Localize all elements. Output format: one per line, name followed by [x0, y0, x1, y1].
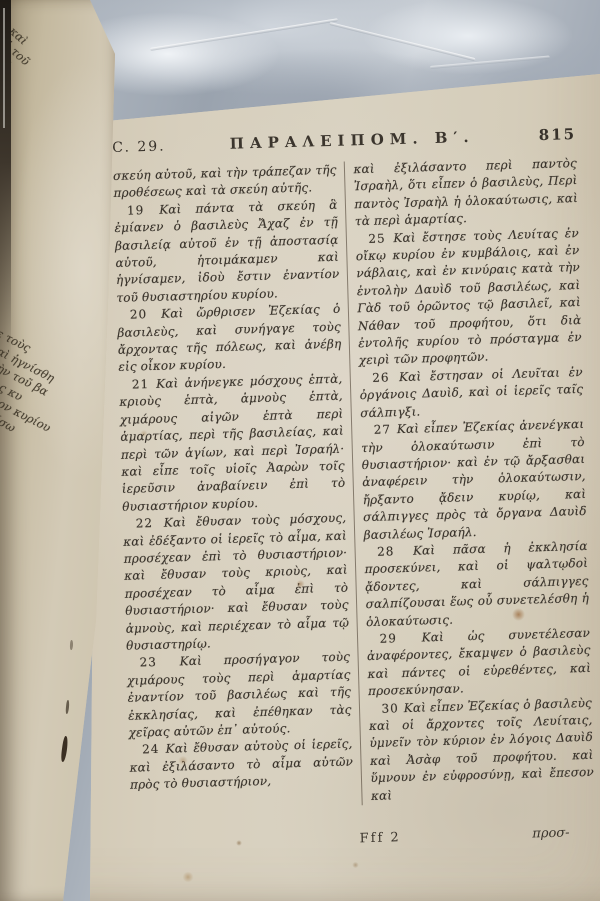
- verse-paragraph: 20 Καὶ ὤρθρισεν Ἐζεκίας ὁ βασιλεὺς, καὶ …: [117, 301, 342, 377]
- verse-paragraph: 23 Καὶ προσήγαγον τοὺς χιμάρους τοὺς περ…: [126, 649, 352, 742]
- paper-crease: [430, 56, 550, 69]
- book-spine-edge: [0, 0, 11, 360]
- verse-paragraph: 30 Καὶ εἶπεν Ἐζεκίας ὁ βασιλεὺς καὶ οἱ ἄ…: [368, 694, 594, 805]
- verse-paragraph: 27 Καὶ εἶπεν Ἐζεκίας ἀνενέγκαι τὴν ὁλοκα…: [361, 416, 588, 544]
- verse-paragraph: καὶ ἐξιλάσαντο περὶ παντὸς Ἰσραὴλ, ὅτι ε…: [353, 155, 578, 231]
- verse-paragraph: 22 Καὶ ἔθυσαν τοὺς μόσχους, καὶ ἐδέξαντο…: [123, 510, 350, 655]
- paper-crease: [329, 22, 475, 61]
- verse-number: 29: [379, 631, 421, 646]
- verse-paragraph: 19 Καὶ πάντα τὰ σκεύη ἃ ἐμίανεν ὁ βασιλε…: [114, 197, 340, 308]
- verse-paragraph: 28 Καὶ πᾶσα ἡ ἐκκλησία προσεκύνει, καὶ ο…: [364, 538, 590, 631]
- verse-paragraph: 25 Καὶ ἔστησε τοὺς Λευίτας ἐν οἴκῳ κυρίο…: [355, 225, 582, 370]
- verse-number: 25: [368, 231, 393, 246]
- paper-crease: [150, 18, 338, 51]
- verse-paragraph: 24 Καὶ ἔθυσαν αὐτοὺς οἱ ἱερεῖς, καὶ ἐξιλ…: [129, 736, 354, 794]
- verse-number: 30: [381, 701, 404, 716]
- previous-leaf-text-top: Ο Μ. Κ′υἱῶν Καὰθ, καὶΜεραρὶ, Κὶς ὁ τοῦἈζ…: [0, 0, 118, 251]
- verse-number: 23: [139, 655, 179, 670]
- right-column: καὶ ἐξιλάσαντο περὶ παντὸς Ἰσραὴλ, ὅτι ε…: [343, 155, 594, 805]
- page-header: C. 29. ΠΑΡΑΛΕΙΠΟΜ. Β′. 815: [112, 125, 576, 156]
- printed-text-block: C. 29. ΠΑΡΑΛΕΙΠΟΜ. Β′. 815 σκεύη αὐτοῦ, …: [112, 125, 595, 812]
- verse-number: 26: [372, 370, 399, 385]
- verse-paragraph: 21 Καὶ ἀνήνεγκε μόσχους ἑπτὰ, κριοὺς ἑπτ…: [119, 371, 346, 516]
- verse-number: 27: [374, 422, 398, 437]
- page-number: 815: [539, 125, 577, 144]
- page-footer: Fff 2 προσ-: [132, 825, 596, 838]
- left-column: σκεύη αὐτοῦ, καὶ τὴν τράπεζαν τῆς προθέσ…: [113, 162, 361, 812]
- running-title: ΠΑΡΑΛΕΙΠΟΜ. Β′.: [165, 126, 539, 154]
- verse-number: 20: [130, 307, 162, 322]
- catchword: προσ-: [532, 825, 570, 841]
- verse-paragraph: σκεύη αὐτοῦ, καὶ τὴν τράπεζαν τῆς προθέσ…: [113, 162, 337, 203]
- verse-number: 24: [142, 742, 166, 757]
- text-columns: σκεύη αὐτοῦ, καὶ τὴν τράπεζαν τῆς προθέσ…: [113, 155, 595, 812]
- verse-number: 22: [136, 516, 164, 531]
- chapter-label: C. 29.: [112, 139, 166, 156]
- verse-paragraph: 26 Καὶ ἔστησαν οἱ Λευῖται ἐν ὀργάνοις Δα…: [359, 364, 584, 422]
- signature-mark: Fff 2: [359, 830, 400, 846]
- verse-number: 19: [127, 203, 160, 218]
- verse-paragraph: 29 Καὶ ὡς συνετέλεσαν ἀναφέροντες, ἔκαμψ…: [366, 625, 591, 701]
- verse-number: 28: [377, 544, 413, 559]
- verse-number: 21: [132, 377, 157, 392]
